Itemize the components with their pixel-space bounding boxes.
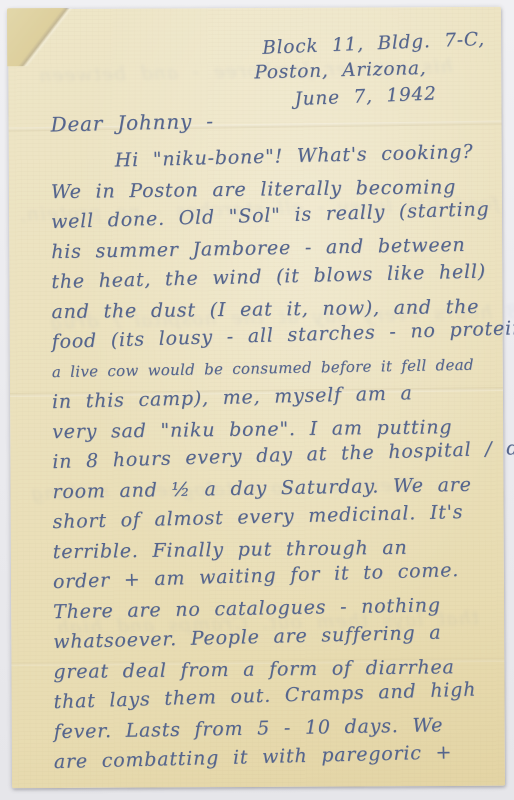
salutation: Dear Johnny - [50,109,214,137]
folded-corner [7,8,73,66]
letter-heading: Block 11, Bldg. 7-C, Poston, Arizona, Ju… [254,31,485,110]
photo-background: { "photo": { "background_color": "#eaeae… [0,0,514,800]
letter-paper: his summer Jamboree - and between food (… [8,7,505,789]
letter-body: Hi "niku-bone"! What's cooking? We in Po… [51,145,497,777]
